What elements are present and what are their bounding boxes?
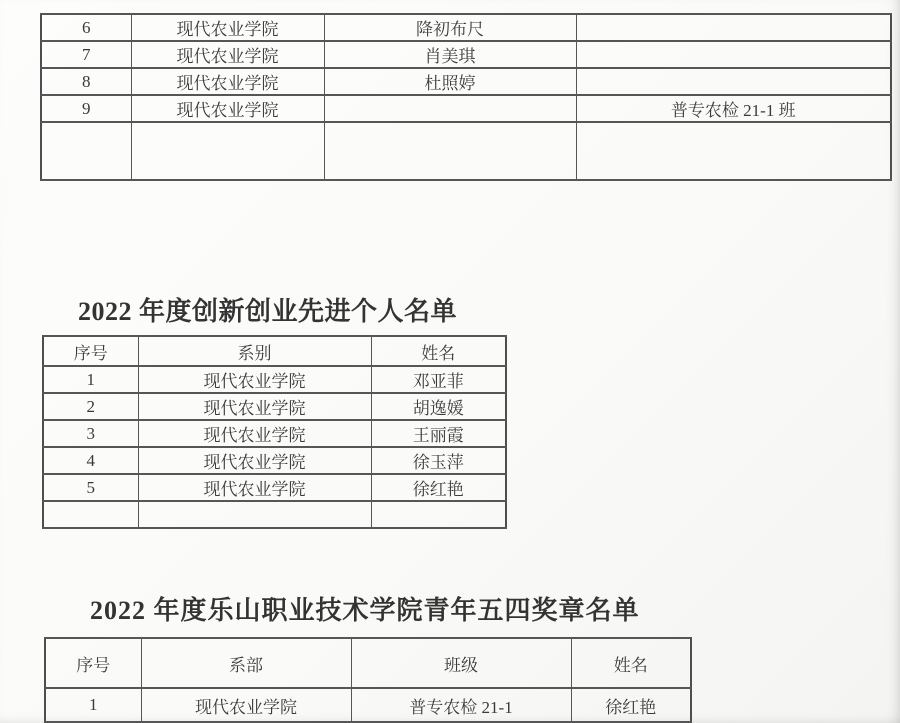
table-cell-class: 普专农检 21-1 班 [576,95,891,122]
table-cell-class: 普专农检 21-1 [351,688,571,722]
medal-list-title: 2022 年度乐山职业技术学院青年五四奖章名单 [90,590,640,627]
column-header-class: 班级 [351,638,571,688]
table-cell-name: 徐红艳 [371,474,506,501]
table-cell-no: 9 [41,95,131,122]
column-header-no: 序号 [43,336,138,366]
table-cell-name [324,122,576,180]
table-header-row: 序号 系别 姓名 [43,336,506,366]
column-header-name: 姓名 [571,638,691,688]
table-row: 3 现代农业学院 王丽霞 [43,420,506,447]
table-cell-no: 7 [41,41,131,68]
table-row: 4 现代农业学院 徐玉萍 [43,447,506,474]
table-cell-no: 8 [41,68,131,95]
table-cell-no: 1 [43,366,138,393]
table-row: 1 现代农业学院 普专农检 21-1 徐红艳 [45,688,691,722]
table-cell-name: 肖美琪 [324,41,576,68]
table-row: 8 现代农业学院 杜照婷 [41,68,891,95]
table-cell-no: 2 [43,393,138,420]
table-cell-no: 5 [43,474,138,501]
table-cell-name: 降初布尺 [324,14,576,41]
table-cell-name: 徐玉萍 [371,447,506,474]
table-cell-dept: 现代农业学院 [138,393,371,420]
table-cell-name: 王丽霞 [371,420,506,447]
medal-table: 序号 系部 班级 姓名 1 现代农业学院 普专农检 21-1 徐红艳 [44,637,692,723]
table-cell-no [43,501,138,528]
award-table-continued: 6 现代农业学院 降初布尺 7 现代农业学院 肖美琪 8 现代农业学院 杜照婷 … [40,13,892,181]
table-cell-class [576,14,891,41]
table-cell-dept: 现代农业学院 [138,420,371,447]
table-cell-no: 3 [43,420,138,447]
table-cell-name: 徐红艳 [571,688,691,722]
table-row: 2 现代农业学院 胡逸媛 [43,393,506,420]
table-cell-dept: 现代农业学院 [138,474,371,501]
table-cell-name [324,95,576,122]
table-cell-name: 胡逸媛 [371,393,506,420]
table-header-row: 序号 系部 班级 姓名 [45,638,691,688]
table-cell-class [576,68,891,95]
table-row: 1 现代农业学院 邓亚菲 [43,366,506,393]
table-row: 6 现代农业学院 降初布尺 [41,14,891,41]
table-cell-dept: 现代农业学院 [138,447,371,474]
table-row-empty [41,122,891,180]
column-header-name: 姓名 [371,336,506,366]
table-cell-dept: 现代农业学院 [131,14,324,41]
innovation-table: 序号 系别 姓名 1 现代农业学院 邓亚菲 2 现代农业学院 胡逸媛 3 现代农… [42,335,507,529]
table-cell-dept: 现代农业学院 [131,41,324,68]
table-cell-no: 6 [41,14,131,41]
table-cell-name: 杜照婷 [324,68,576,95]
table-cell-no: 1 [45,688,141,722]
column-header-dept: 系别 [138,336,371,366]
table-cell-class [576,41,891,68]
table-row: 9 现代农业学院 普专农检 21-1 班 [41,95,891,122]
table-cell-dept [138,501,371,528]
table-cell-name [371,501,506,528]
table-cell-dept: 现代农业学院 [131,68,324,95]
table-row: 7 现代农业学院 肖美琪 [41,41,891,68]
table-cell-class [576,122,891,180]
column-header-dept: 系部 [141,638,351,688]
innovation-list-title: 2022 年度创新创业先进个人名单 [78,291,457,328]
column-header-no: 序号 [45,638,141,688]
table-cell-name: 邓亚菲 [371,366,506,393]
table-cell-dept: 现代农业学院 [131,95,324,122]
table-cell-no: 4 [43,447,138,474]
table-cell-no [41,122,131,180]
table-cell-dept [131,122,324,180]
document-page: 6 现代农业学院 降初布尺 7 现代农业学院 肖美琪 8 现代农业学院 杜照婷 … [0,0,900,723]
table-cell-dept: 现代农业学院 [138,366,371,393]
table-row: 5 现代农业学院 徐红艳 [43,474,506,501]
table-cell-dept: 现代农业学院 [141,688,351,722]
table-row-empty [43,501,506,528]
